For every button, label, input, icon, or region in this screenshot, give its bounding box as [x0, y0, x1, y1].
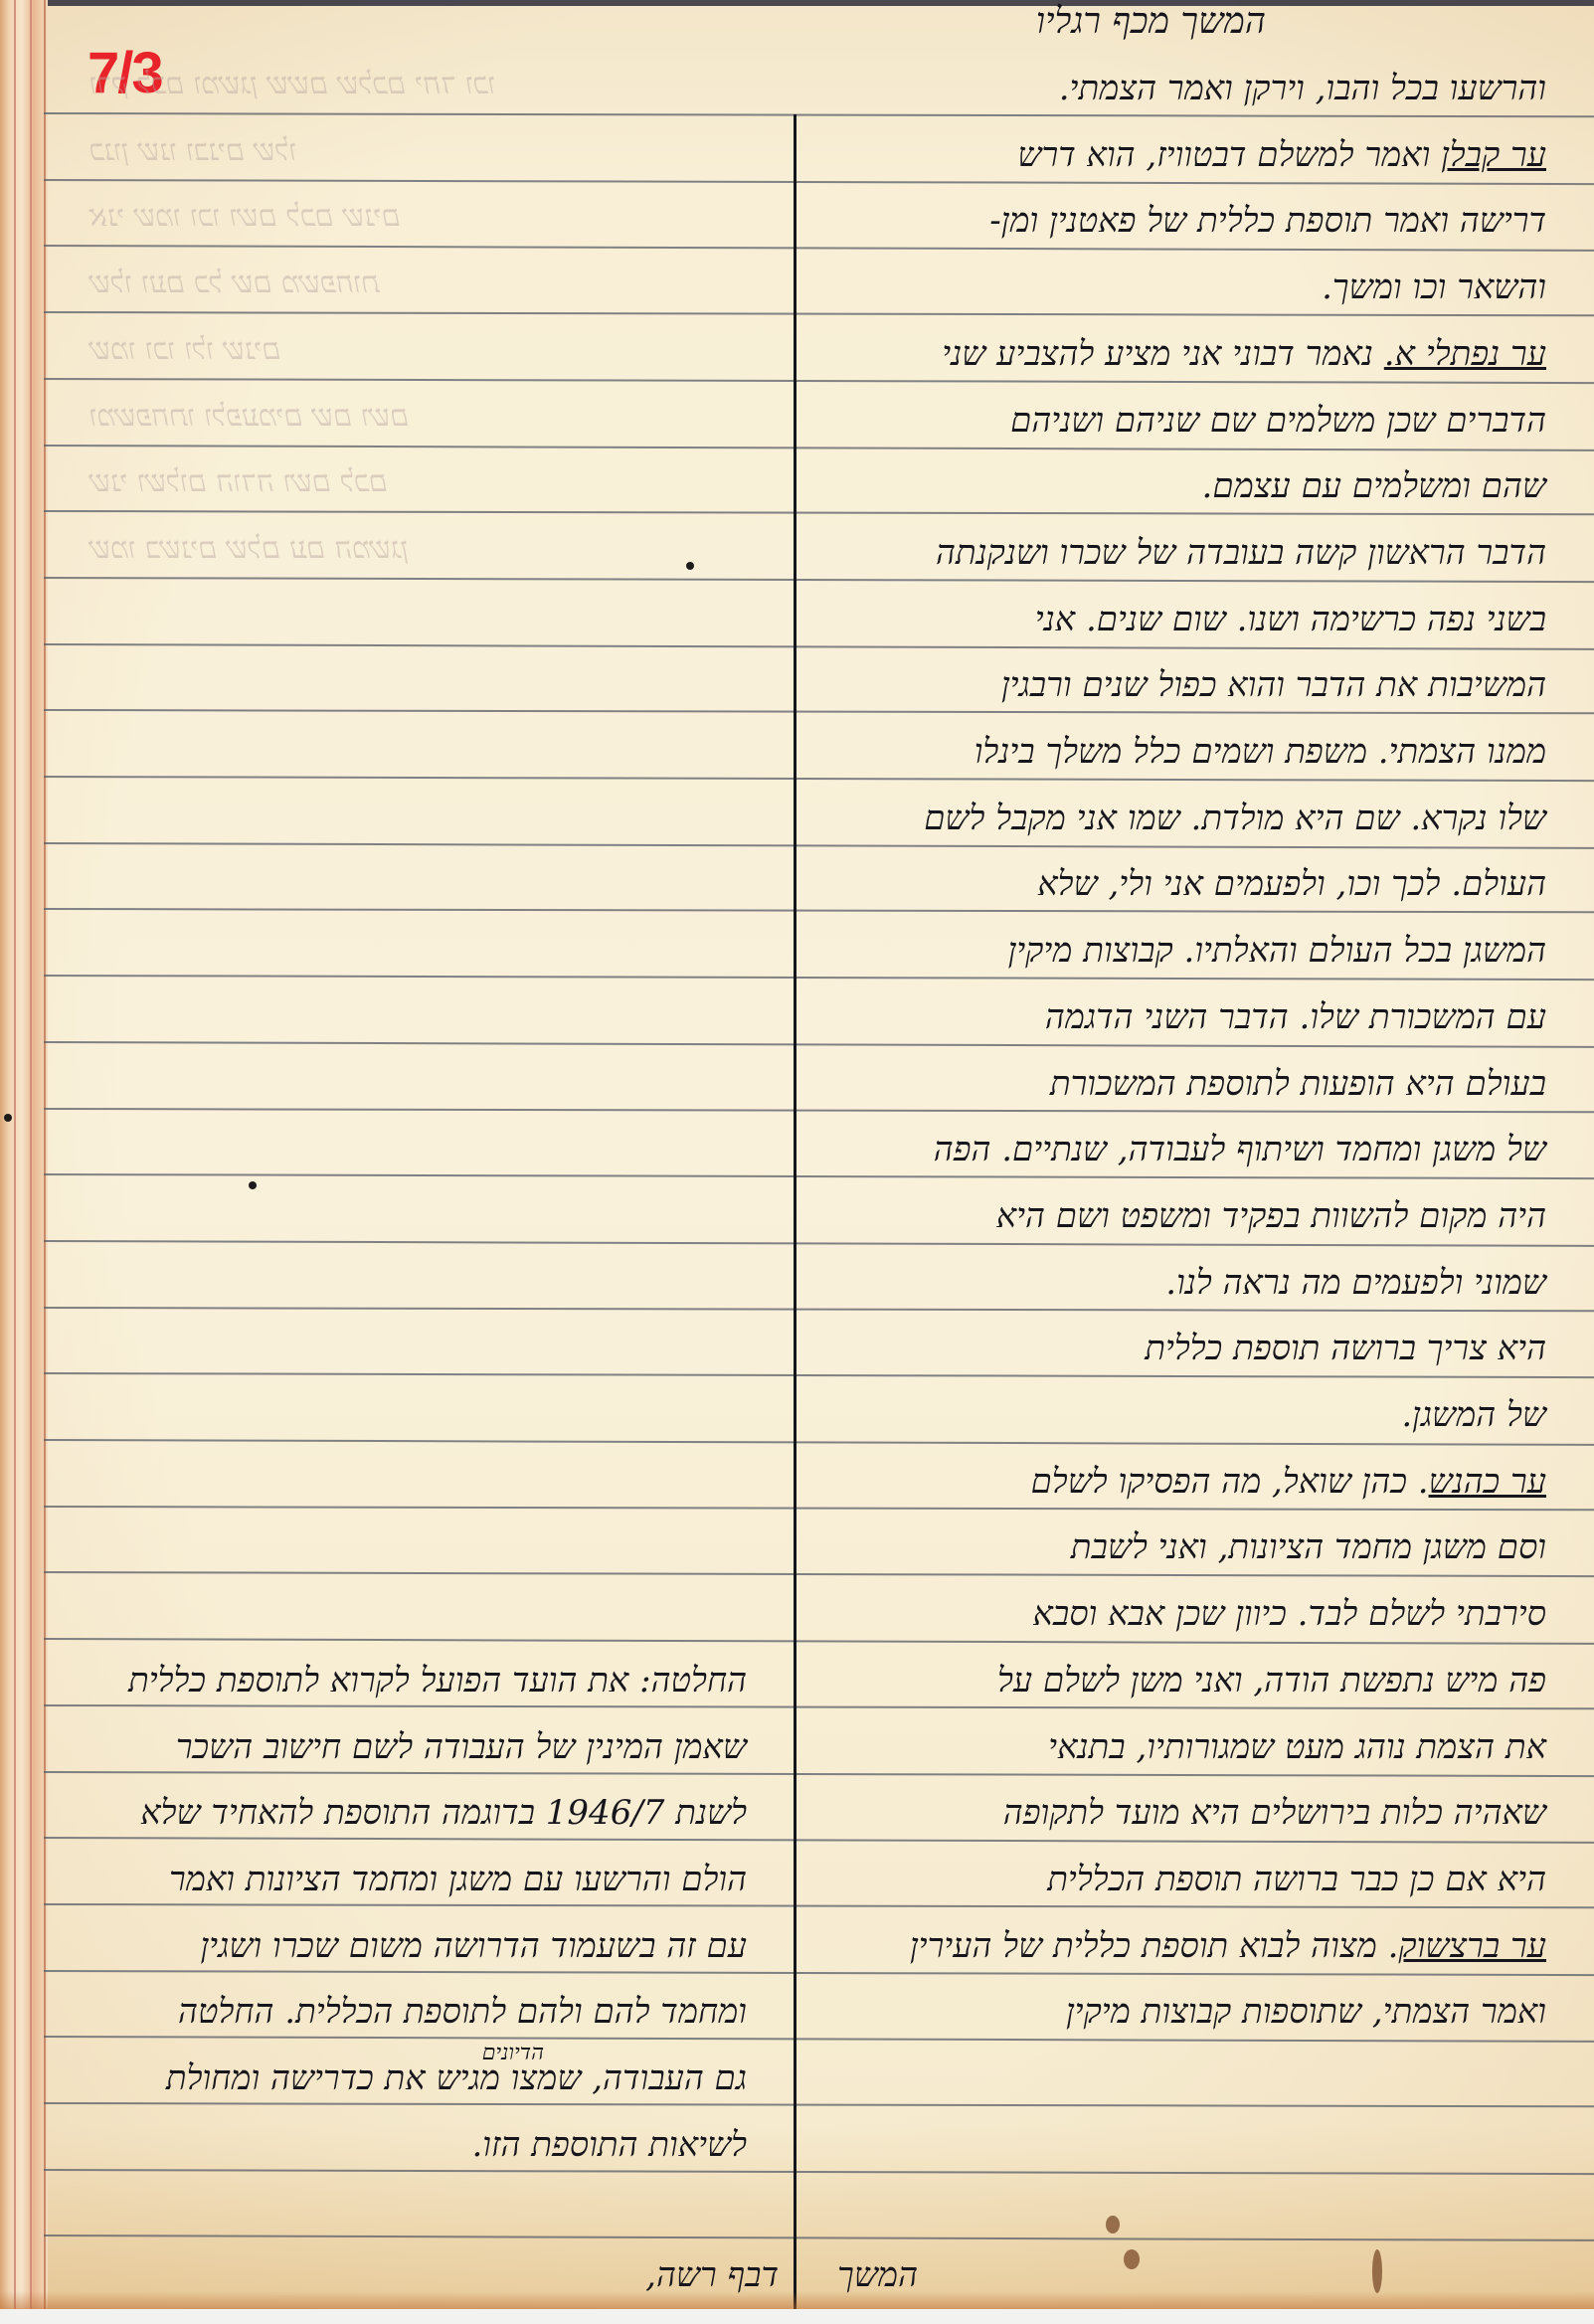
ruled-line — [44, 1571, 1594, 1577]
bleed-through-line: כנון שנו ובנים שלו — [89, 131, 296, 171]
bleed-through-line: ומשפחתו ולפעמים שם ושם — [89, 397, 409, 437]
ruled-line — [44, 2169, 1594, 2175]
ruled-line — [44, 1108, 1594, 1113]
minutes-line: המשגן בכל העולם והאלתיו. קבוצות מיקין — [1008, 931, 1546, 971]
minutes-line: את הצמת נוהג מעט שמגורותיו, בתנאי — [1048, 1727, 1546, 1767]
ruled-line — [44, 445, 1594, 451]
header-continuation-note: המשך מכף רגליו — [1036, 2, 1266, 42]
ink-dot — [686, 562, 694, 570]
minutes-line: סירבתי לשלם לבד. כיוון שכן אבא וסבא — [1032, 1594, 1546, 1634]
footer-right-note: המשך — [837, 2255, 918, 2295]
ruled-line — [44, 1704, 1594, 1709]
ruled-line — [44, 1903, 1594, 1908]
minutes-line: ער קבלן ואמר למשלם דבטוויז, הוא דרש — [1017, 135, 1546, 175]
margin-rule-line — [30, 0, 32, 2309]
minutes-line: והשאר וכו ומשך. — [1322, 268, 1546, 307]
minutes-line: של משגן ומחמד ושיתוף לעבודה, שנתיים. הפה — [934, 1130, 1546, 1169]
ruled-line — [44, 1041, 1594, 1048]
ruled-line — [44, 510, 1594, 515]
ruled-line — [44, 1970, 1594, 1976]
minutes-line: שאהיה כלות בירושלים היא מועד לתקופה — [1003, 1793, 1546, 1833]
minutes-line: ער ברצשוק. מצוה לבוא תוספת כללית של העיר… — [910, 1926, 1546, 1966]
speaker-name: ער נפתלי א. — [1384, 334, 1546, 374]
minutes-line: היה מקום להשוות בפקיד ומשפט ושם היא — [996, 1196, 1546, 1236]
minutes-line: העולם. לכך וכו, ולפעמים אני ולי, שלא — [1037, 864, 1546, 904]
bleed-through-line: שמו בשנים שלם עם המשגן — [89, 529, 409, 569]
notebook-page: 7/3 המשך מכף רגליו והרשעו בכל והבו, וירק… — [0, 0, 1594, 2309]
ruled-line — [44, 975, 1594, 981]
minutes-line: של המשגן. — [1401, 1395, 1546, 1435]
minutes-line: הדבר הראשון קשה בעובדה של שכרו ושנקנתה — [936, 533, 1546, 573]
ruled-line — [44, 311, 1594, 316]
ink-dot — [249, 1181, 257, 1189]
ruled-line — [44, 1638, 1594, 1645]
ruled-line — [44, 577, 1594, 583]
minutes-line: עם המשכורת שלו. הדבר השני הדגמה — [1045, 997, 1546, 1037]
margin-rule-line — [44, 0, 46, 2309]
ruled-line — [44, 1771, 1594, 1777]
minutes-line: ממנו הצמתי. משפת ושמים כלל משלך בינלו — [974, 732, 1546, 772]
resolution-line: החלטה: את הועד הפועל לקרוא לתוספת כללית — [128, 1661, 747, 1700]
minutes-line: שלו נקרא. שם היא מולדת. שמו אני מקבל לשם — [924, 799, 1546, 838]
resolution-line: לשיאות התוספת הזו. — [472, 2125, 748, 2165]
minutes-line: שהם ומשלמים עם עצמם. — [1202, 466, 1546, 506]
resolution-line: שאמן המינין של העבודה לשם חישוב השכר — [176, 1727, 747, 1767]
minutes-line: וסם משגן מחמד הציונות, ואני לשבת — [1071, 1527, 1546, 1567]
ruled-line — [44, 908, 1594, 913]
bleed-through-line: שני ושלום הודה ושם לכם — [89, 462, 388, 502]
ink-dot — [4, 1114, 12, 1122]
ruled-line — [44, 1837, 1594, 1844]
ruled-line — [44, 112, 1594, 117]
ruled-line — [44, 1307, 1594, 1312]
minutes-line: היא צריך ברושה תוספת כללית — [1145, 1329, 1546, 1368]
minutes-line: והרשעו בכל והבו, וירקן ואמר הצמתי. — [1059, 69, 1546, 108]
ruled-line — [44, 1240, 1594, 1247]
resolution-line: לשנת 1946/7 בדוגמה התוספת להאחיד שלא — [140, 1793, 747, 1833]
interlinear-insertion: הדיונים — [482, 2034, 544, 2073]
ruled-line — [44, 1506, 1594, 1511]
ruled-line — [44, 378, 1594, 384]
ruled-line — [44, 1372, 1594, 1378]
footer-left-note: דבף רשה, — [645, 2255, 779, 2295]
margin-rule-line — [14, 0, 16, 2309]
ruled-line — [44, 1173, 1594, 1179]
paper-stain — [1124, 2249, 1140, 2269]
ruled-line — [44, 1439, 1594, 1446]
ruled-line — [44, 179, 1594, 185]
resolution-line: גם העבודה, שמצו מגיש את כדרישה ומחולת — [166, 2058, 747, 2098]
ruled-line — [44, 776, 1594, 782]
minutes-line: ער נפתלי א. נאמר דבוני אני מציע להצביע ש… — [942, 334, 1546, 374]
ruled-line — [44, 245, 1594, 252]
paper-stain — [1106, 2216, 1120, 2234]
bleed-through-line: שלו ועם כל שם משפחות — [89, 264, 380, 303]
bleed-through-line: שמו וכו ולו שנים — [89, 330, 280, 370]
ruled-line — [44, 2235, 1594, 2241]
paper-stain — [1372, 2249, 1382, 2293]
page-binding-margin — [0, 0, 48, 2309]
ruled-line — [44, 709, 1594, 714]
column-divider — [794, 114, 797, 2309]
speaker-name: ער ברצשוק — [1398, 1926, 1546, 1966]
minutes-line: המשיבות את הדבר והוא כפול שנים ורבגין — [1001, 665, 1546, 705]
ruled-line — [44, 2102, 1594, 2107]
minutes-line: בשני נפה כרשימה ושנו. שום שנים. אני — [1035, 600, 1546, 639]
ruled-line — [44, 643, 1594, 650]
minutes-line: פה מיש נתפשת הודה, ואני משן לשלם על — [997, 1661, 1546, 1700]
minutes-line: שמוני ולפעמים מה נראה לנו. — [1165, 1263, 1546, 1303]
bleed-through-line: אני שמו וכו ושם לכם שנים — [89, 197, 401, 237]
resolution-line: ומחמד להם ולהם לתוספת הכללית. החלטה — [178, 1992, 747, 2032]
scan-top-edge — [0, 0, 1594, 6]
resolution-line: עם זה בשעמוד הדרושה משום שכרו ושגין — [201, 1926, 747, 1966]
bleed-through-line: ורק לכם ומשגן ששם שלכם יחד וכו — [89, 65, 495, 104]
minutes-line: ואמר הצמתי, שתוספות קבוצות מיקין — [1066, 1992, 1546, 2032]
minutes-line: ער כהנש. כהן שואל, מה הפסיקו לשלם — [1031, 1462, 1546, 1502]
ruled-line — [44, 842, 1594, 849]
minutes-line: היא אם כן כבר ברושה תוספת הכללית — [1047, 1860, 1546, 1899]
ruled-line — [44, 2036, 1594, 2043]
resolution-line: הולם והרשעו עם משגן ומחמד הציונות ואמר — [169, 1860, 747, 1899]
minutes-line: הדברים שכן משלמים שם שניהם ושניהם — [1010, 401, 1546, 441]
speaker-name: ער כהנש — [1429, 1462, 1546, 1502]
minutes-line: דרישה ואמר תוספת כללית של פאטנין ומן- — [989, 201, 1546, 241]
minutes-line: בעולם היא הופעות לתוספת המשכורת — [1050, 1064, 1546, 1104]
speaker-name: ער קבלן — [1441, 135, 1546, 175]
scan-bottom-edge — [0, 2291, 1594, 2309]
